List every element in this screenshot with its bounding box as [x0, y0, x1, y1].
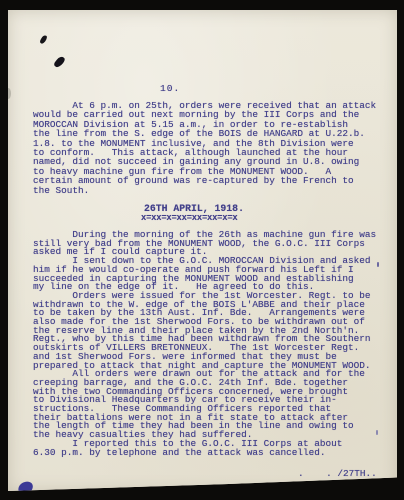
ink-smudge-bottom-left — [17, 480, 34, 495]
ink-blot-large — [53, 55, 66, 69]
date-heading-underline: x=xx=x=xx=xx=xx=x=x — [141, 213, 238, 223]
document-page: 10. At 6 p.m. on 25th, orders were recei… — [8, 10, 397, 492]
page-number: 10. — [160, 83, 180, 94]
ink-blot-small — [39, 34, 47, 44]
scanned-document-view: 10. At 6 p.m. on 25th, orders were recei… — [0, 0, 404, 500]
ink-speck — [377, 262, 379, 267]
opening-paragraph: At 6 p.m. on 25th, orders were received … — [33, 101, 376, 195]
continuation-note: . . /27TH.. — [298, 468, 377, 479]
paper-edge-nick — [6, 88, 11, 99]
main-body-text: During the morning of the 26th as machin… — [33, 231, 376, 457]
ink-speck — [376, 430, 378, 435]
